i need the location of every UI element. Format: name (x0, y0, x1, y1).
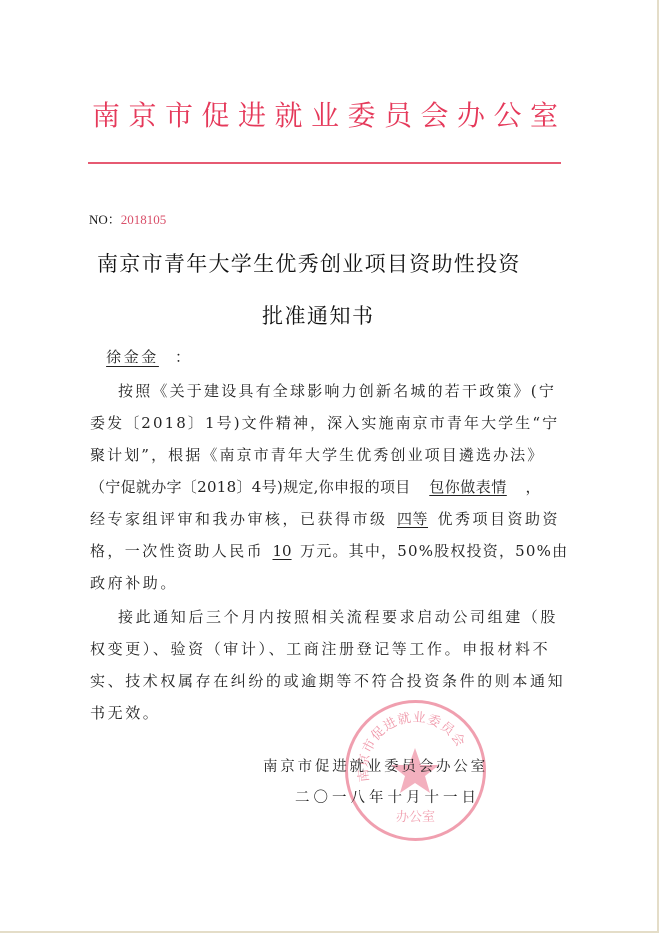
body-p1-line1: 按照《关于建设具有全球影响力创新名城的若干政策》(宁 (118, 380, 556, 401)
body-p1-line4: （宁促就办字〔2018〕4号)规定,你申报的项目包你做表情， (90, 476, 541, 497)
award-level: 四等 (388, 508, 438, 529)
svg-text:办公室: 办公室 (396, 809, 435, 825)
project-name: 包你做表情 (411, 476, 526, 497)
body-p1-line5: 经专家组评审和我办审核，已获得市级四等优秀项目资助资 (90, 508, 560, 529)
notice-document: 南京市促进就业委员会办公室 NO：2018105 南京市青年大学生优秀创业项目资… (0, 0, 659, 933)
recipient-name: 徐金金 (90, 346, 175, 367)
signature-date: 二〇一八年十月十一日 (295, 786, 480, 807)
body-p2-line4: 书无效。 (90, 702, 160, 723)
funding-amount: 10 (264, 542, 300, 560)
body-p2-line2: 权变更）、验资（审计）、工商注册登记等工作。申报材料不 (90, 638, 550, 659)
recipient-line: 徐金金： (90, 346, 193, 367)
body-p1-line6: 格，一次性资助人民币10万元。其中，50%股权投资，50%由 (90, 540, 568, 561)
letterhead-divider (88, 162, 561, 164)
document-number: NO：2018105 (89, 209, 166, 228)
body-p1-line5-prefix: 经专家组评审和我办审核，已获得市级 (90, 510, 388, 528)
document-title-line2: 批准通知书 (262, 300, 375, 330)
body-p1-line5-suffix: 优秀项目资助资 (438, 510, 561, 528)
body-p1-line6-prefix: 格，一次性资助人民币 (90, 542, 264, 560)
body-p1-line6-suffix: 万元。其中，50%股权投资，50%由 (300, 542, 568, 560)
recipient-suffix: ： (175, 348, 193, 366)
body-p1-line4-prefix: （宁促就办字〔2018〕4号)规定,你申报的项目 (90, 478, 411, 496)
body-p2-line3: 实、技术权属存在纠纷的或逾期等不符合投资条件的则本通知 (90, 670, 565, 691)
body-p1-line3: 聚计划”，根据《南京市青年大学生优秀创业项目遴选办法》 (90, 444, 544, 465)
body-p1-line7: 政府补助。 (90, 572, 178, 593)
document-title-line1: 南京市青年大学生优秀创业项目资助性投资 (97, 248, 521, 278)
signature-organization: 南京市促进就业委员会办公室 (263, 755, 488, 776)
document-number-value: 2018105 (121, 212, 167, 227)
document-number-label: NO： (89, 212, 121, 227)
body-p2-line1: 接此通知后三个月内按照相关流程要求启动公司组建（股 (118, 606, 558, 627)
body-p1-line4-suffix: ， (526, 478, 541, 496)
body-p1-line2: 委发〔2018〕1号)文件精神，深入实施南京市青年大学生“宁 (90, 412, 559, 433)
letterhead-organization: 南京市促进就业委员会办公室 (92, 94, 582, 134)
